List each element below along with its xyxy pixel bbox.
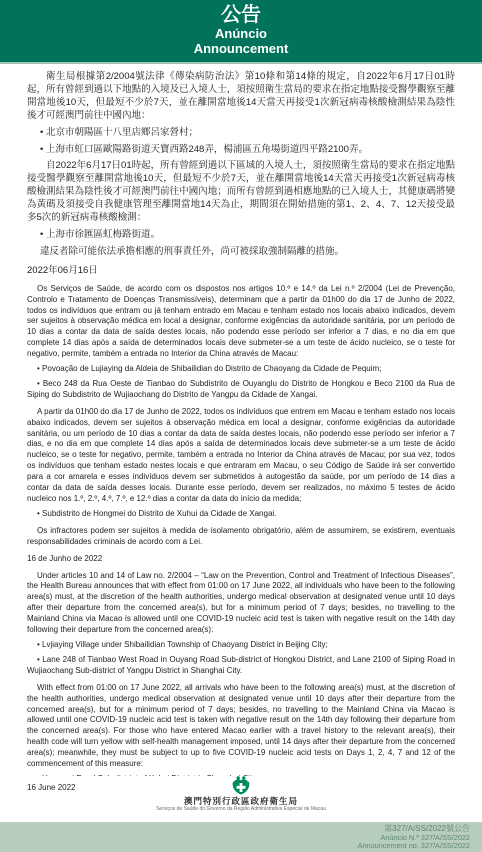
page-title-en: Announcement: [0, 41, 482, 56]
issuer-name-zh: 澳門特別行政區政府衛生局: [0, 796, 482, 806]
bullet-item: • 北京市朝陽區十八里店鄉呂家營村；: [27, 127, 455, 140]
bullet-text: 上海市虹口區歐陽路街道天寶西路248弄，楊浦區五角場街道四平路2100弄。: [46, 144, 368, 155]
paragraph: Os infractores podem ser sujeitos à medi…: [27, 526, 455, 548]
paragraph: A partir da 01h00 do dia 17 de Junho de …: [27, 407, 455, 505]
bullet-item: • 上海市徐匯區虹梅路街道。: [27, 229, 455, 242]
announcement-page: 公告 Anúncio Announcement 衛生局根據第2/2004號法律《…: [0, 0, 482, 852]
section-chinese: 衛生局根據第2/2004號法律《傳染病防治法》第10條和第14條的規定，自202…: [27, 71, 455, 278]
bullet-item: • Lvjiaying Village under Shibailidian T…: [27, 640, 455, 651]
bullet-text: 北京市朝陽區十八里店鄉呂家營村；: [46, 127, 198, 138]
bullet-text: Lane 248 of Tianbao West Road in Ouyang …: [27, 655, 455, 675]
bullet-text: Subdistrito de Hongmei do Distrito de Xu…: [42, 509, 276, 518]
footer: 16 June 2022 澳門特別行政區政府衛生局 Serviços de Sa…: [0, 776, 482, 822]
date-line-pt: 16 de Junho de 2022: [27, 554, 455, 565]
bullet-text: Povoação de Lujiaying da Aldeia de Shiba…: [42, 364, 381, 373]
health-bureau-logo-icon: [230, 776, 252, 795]
header-band: 公告 Anúncio Announcement: [0, 0, 482, 62]
bullet-item: • 上海市虹口區歐陽路街道天寶西路248弄，楊浦區五角場街道四平路2100弄。: [27, 144, 455, 157]
page-title-pt: Anúncio: [0, 26, 482, 41]
paragraph: 違反者除可能依法承擔相應的刑事責任外，尚可被採取強制隔離的措施。: [27, 246, 455, 259]
issuer-name-pt: Serviços de Saúde do Governo da Região A…: [0, 806, 482, 812]
bullet-item: • Subdistrito de Hongmei do Distrito de …: [27, 509, 455, 520]
paragraph: Under articles 10 and 14 of Law no. 2/20…: [27, 571, 455, 636]
page-title-zh: 公告: [0, 4, 482, 26]
document-body: 衛生局根據第2/2004號法律《傳染病防治法》第10條和第14條的規定，自202…: [0, 64, 482, 813]
bullet-text: Lvjiaying Village under Shibailidian Tow…: [42, 640, 328, 649]
bullet-item: • Lane 248 of Tianbao West Road in Ouyan…: [27, 655, 455, 677]
paragraph: 衛生局根據第2/2004號法律《傳染病防治法》第10條和第14條的規定，自202…: [27, 71, 455, 123]
date-line-zh: 2022年06月16日: [27, 265, 455, 278]
paragraph: Os Serviços de Saúde, de acordo com os d…: [27, 284, 455, 360]
bullet-item: • Beco 248 da Rua Oeste de Tianbao do Su…: [27, 379, 455, 401]
bullet-text: 上海市徐匯區虹梅路街道。: [46, 229, 160, 240]
paragraph: 自2022年6月17日01時起，所有曾經到過以下區域的入境人士，須按照衛生當局的…: [27, 160, 455, 225]
paragraph: With effect from 01:00 on 17 June 2022, …: [27, 683, 455, 770]
section-portuguese: Os Serviços de Saúde, de acordo com os d…: [27, 284, 455, 565]
reference-band: 第327/A/SS/2022號公告 Anúncio N.º 327/A/SS/2…: [0, 822, 482, 852]
bullet-text: Beco 248 da Rua Oeste de Tianbao do Subd…: [27, 379, 455, 399]
bullet-item: • Povoação de Lujiaying da Aldeia de Shi…: [27, 364, 455, 375]
issuer-block: 澳門特別行政區政府衛生局 Serviços de Saúde do Govern…: [0, 776, 482, 812]
reference-number-en: Announcement no. 327/A/SS/2022: [0, 842, 470, 851]
